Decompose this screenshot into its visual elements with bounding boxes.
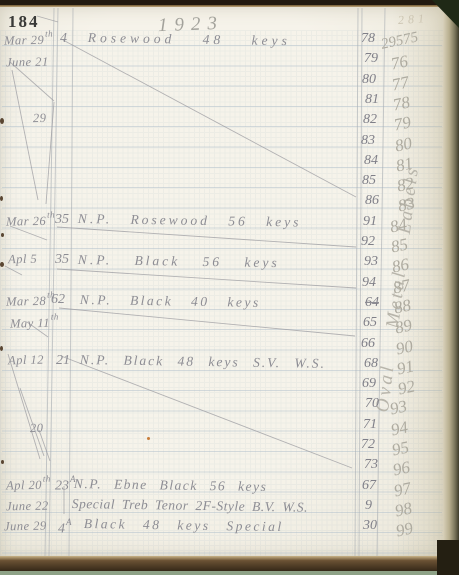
paper-tear-speck [0, 118, 4, 124]
qty-value: 62 [51, 292, 65, 308]
date-label: Apl 20th [6, 476, 50, 494]
ledger-photo: 184 1923 281 Oval Metal Labels Mar 29thJ… [0, 0, 459, 575]
date-label: May 11th [10, 314, 58, 332]
paper-tear-speck [0, 262, 4, 267]
date-label: Mar 28th [6, 292, 54, 310]
order-number: 73 [364, 457, 378, 473]
date-label: June 22 [6, 499, 49, 515]
paper-tear-speck [0, 346, 3, 351]
date-label: Apl 5 [8, 252, 37, 268]
entry-description: N.P. Black 40 keys [80, 292, 261, 311]
ledger-page: 184 1923 281 Oval Metal Labels Mar 29thJ… [0, 6, 447, 557]
order-number: 68 [364, 356, 378, 372]
corner-marking: 281 [398, 11, 429, 28]
order-number: 67 [362, 478, 376, 494]
qty-value: 23A [55, 476, 75, 495]
paper-speck [147, 437, 150, 440]
order-number: 72 [361, 437, 375, 453]
book-fore-edge [443, 6, 459, 558]
order-number: 83 [361, 133, 375, 149]
order-number: 66 [361, 336, 375, 352]
order-number: 85 [362, 173, 376, 189]
date-label: June 21 [6, 55, 49, 71]
order-number: 92 [361, 234, 375, 250]
order-number: 93 [364, 254, 378, 270]
date-label: 20 [30, 421, 44, 436]
order-number: 64 [365, 295, 379, 311]
date-label: 29 [33, 111, 47, 126]
photo-corner-bottom-right [437, 540, 459, 575]
date-label: June 29 [4, 519, 47, 535]
qty-value: 4 [60, 31, 67, 47]
qty-value: 21 [56, 353, 70, 369]
entry-description: N.P. Black 56 keys [78, 252, 280, 271]
book-top-gilt-line [0, 5, 459, 7]
order-number: 70 [365, 396, 379, 412]
qty-value: 35 [55, 252, 69, 268]
order-number: 79 [364, 51, 378, 67]
paper-tear-speck [0, 196, 3, 201]
order-number: 69 [362, 376, 376, 392]
entry-description: Black 48 keys Special [84, 516, 284, 535]
pencil-rulings [0, 6, 447, 557]
order-number: 78 [361, 31, 375, 47]
order-number: 81 [365, 92, 379, 108]
qty-value: 35 [55, 212, 69, 228]
order-number: 82 [363, 112, 377, 128]
paper-tear-speck [1, 233, 4, 237]
order-number: 9 [365, 498, 372, 514]
order-number: 71 [363, 417, 377, 433]
date-label: Apl 12 [8, 353, 44, 369]
book-bottom-edge [0, 556, 459, 571]
order-number: 91 [363, 214, 377, 230]
order-number: 80 [362, 72, 376, 88]
order-number: 65 [363, 315, 377, 331]
date-label: Mar 26th [6, 212, 54, 230]
date-label: Mar 29th [4, 31, 52, 49]
paper-tear-speck [1, 460, 4, 464]
page-number: 184 [8, 12, 40, 32]
entry-description: N.P. Ebne Black 56 keys [74, 476, 268, 495]
order-number: 94 [362, 275, 376, 291]
qty-value: 4A [58, 519, 71, 538]
order-number: 30 [363, 518, 377, 534]
order-number: 84 [364, 153, 378, 169]
order-number: 86 [365, 193, 379, 209]
entry-description: Rosewood 48 keys [88, 30, 291, 49]
